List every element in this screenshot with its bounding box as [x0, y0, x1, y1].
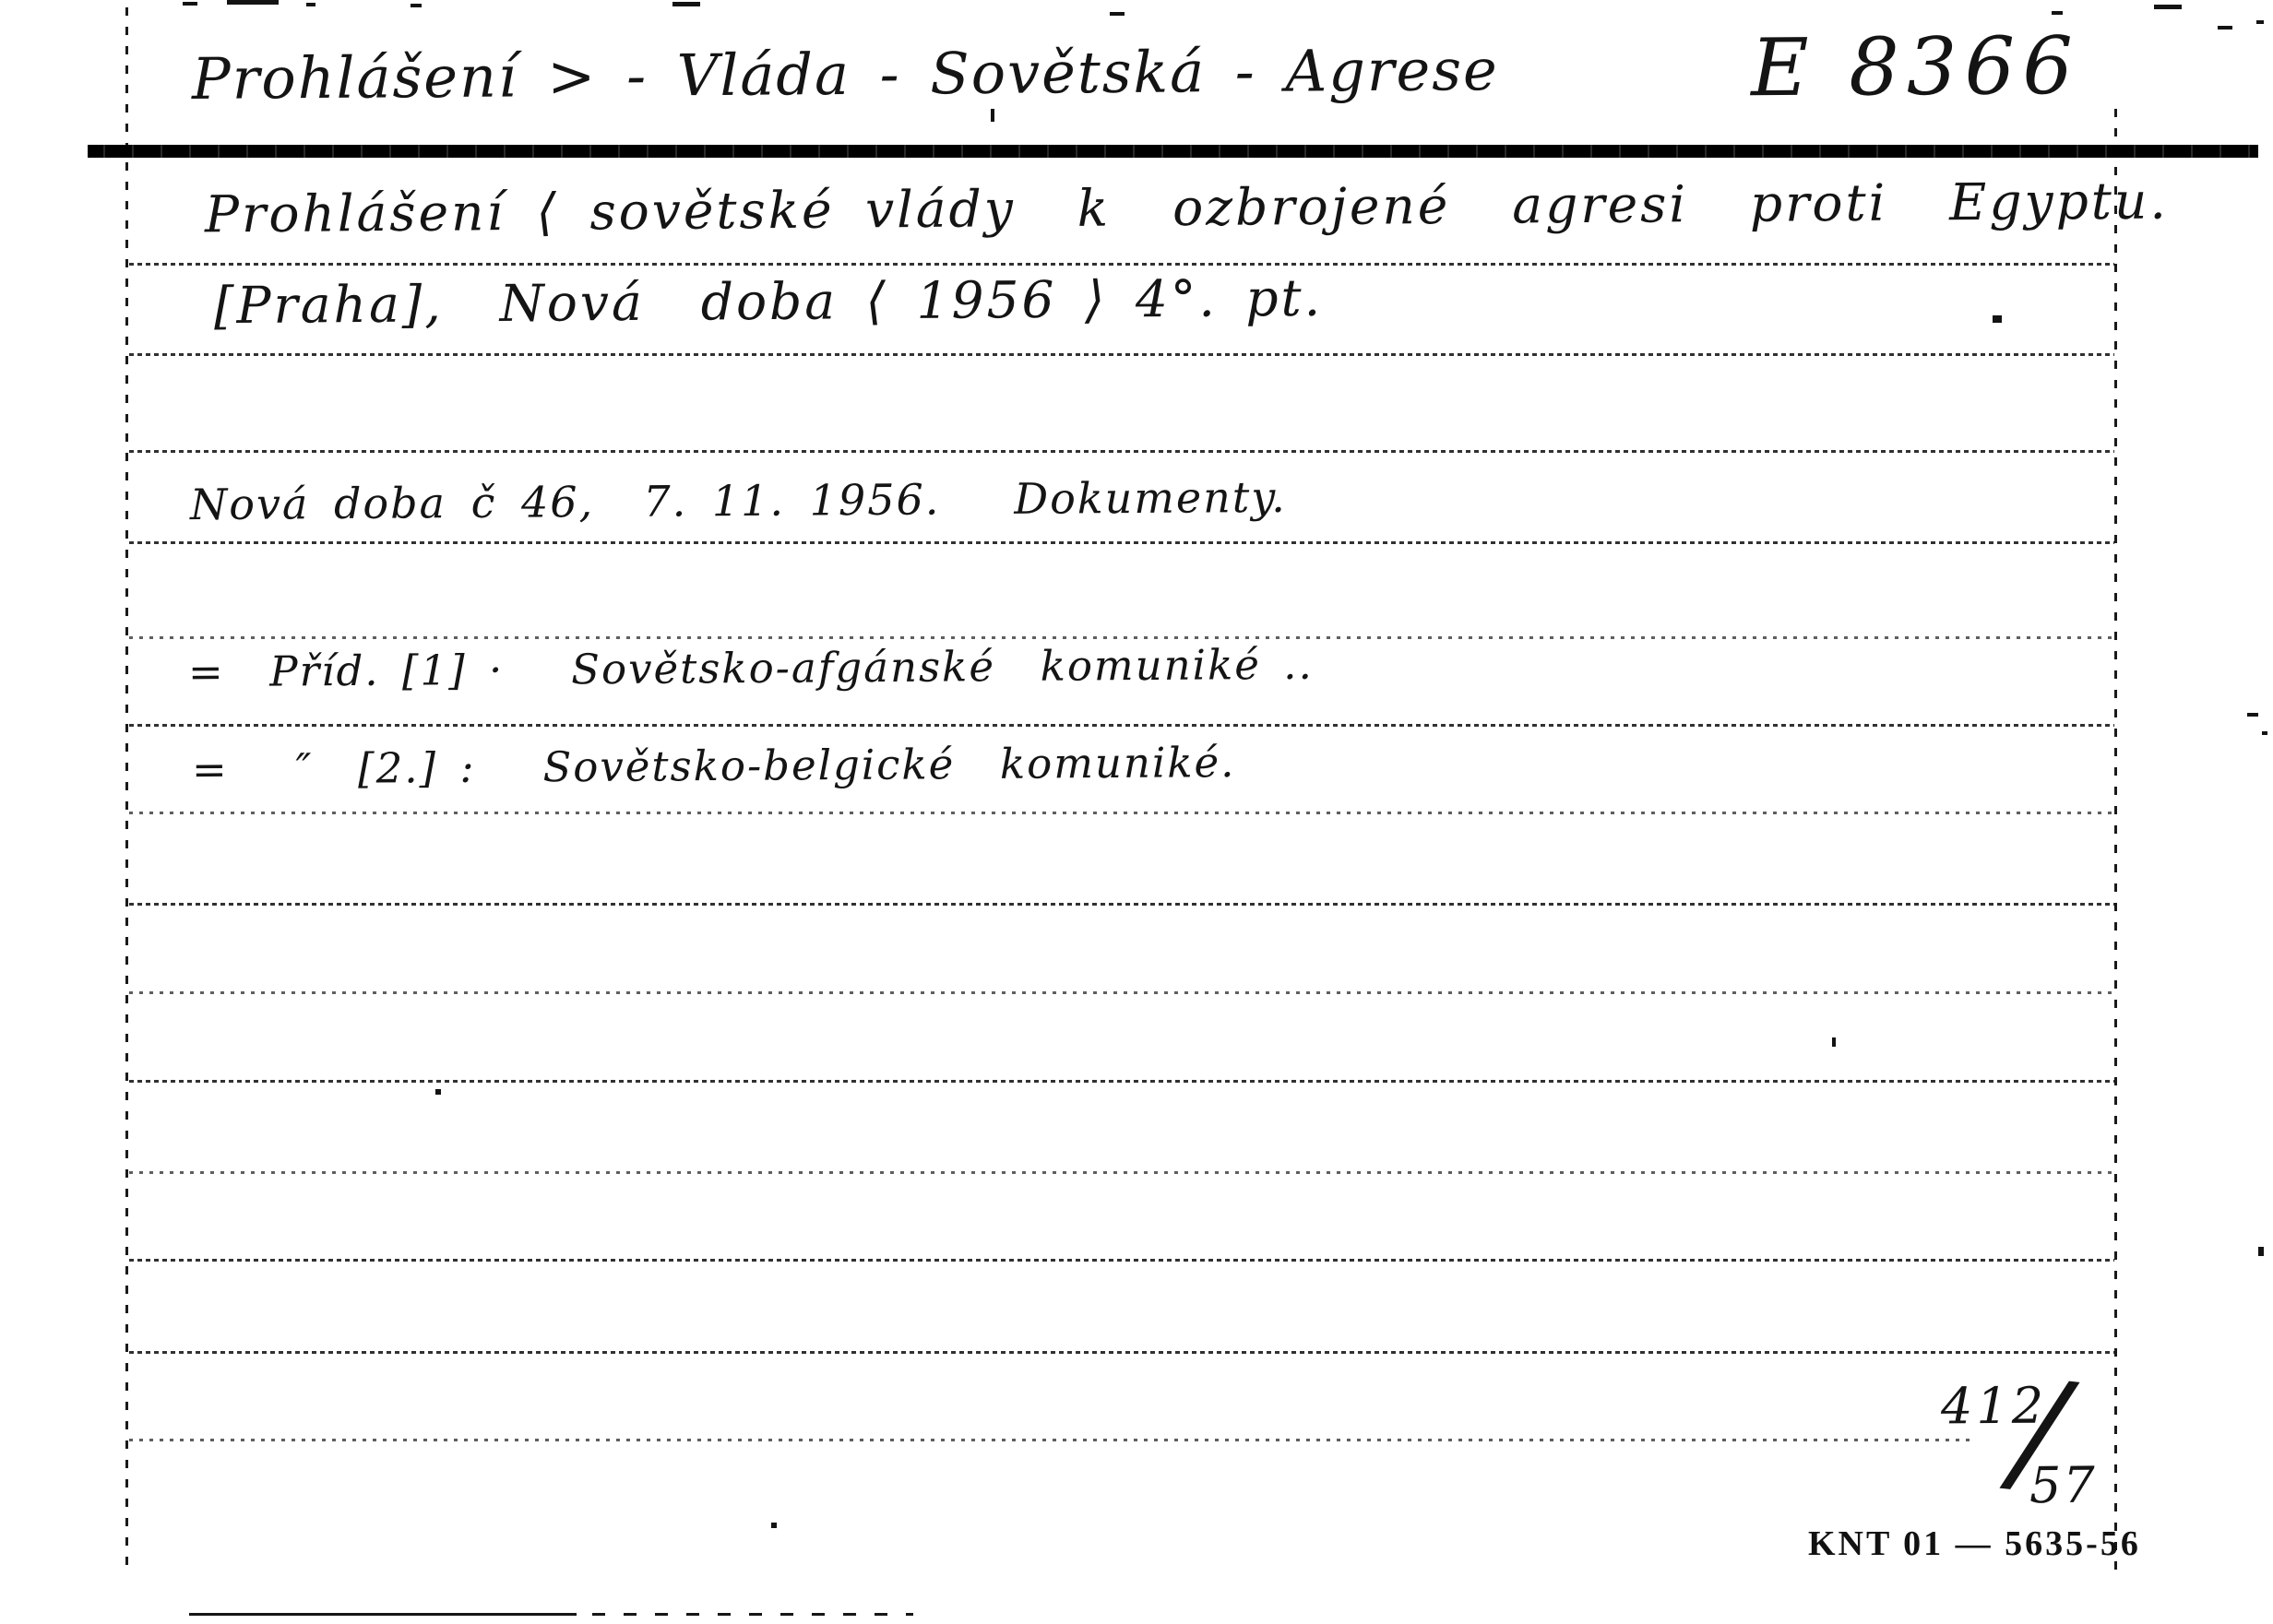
bound-with-entry-1: = Příd. [1] · Sovětsko-afgánské komuniké… [188, 644, 1314, 693]
ruled-line [129, 903, 2114, 906]
scan-noise [2052, 11, 2063, 15]
ruled-line [129, 991, 2114, 994]
ruled-line [129, 724, 2114, 727]
scan-noise [2262, 731, 2267, 735]
ruled-line [129, 1351, 2114, 1354]
title-line-2: [Praha], Nová doba ⟨ 1956 ⟩ 4°. pt. [214, 273, 1323, 331]
call-number: E 8366 [1751, 27, 2081, 108]
scan-noise [1110, 12, 1125, 16]
accession-number-denominator: 57 [2029, 1461, 2097, 1511]
scan-noise [1993, 315, 2002, 323]
ruled-line [129, 1171, 2114, 1174]
left-margin-line [125, 7, 128, 1568]
ruled-line [129, 812, 2114, 814]
scan-noise [2258, 1247, 2264, 1256]
scan-noise [672, 2, 700, 6]
ruled-line [129, 541, 2114, 544]
ruled-line [129, 636, 2114, 639]
scan-noise [771, 1523, 777, 1528]
scan-noise [2154, 5, 2182, 9]
right-margin-line [2114, 109, 2117, 1575]
ruled-line [129, 263, 2114, 266]
scan-noise [435, 1089, 441, 1095]
scan-noise [2256, 20, 2264, 24]
source-note: Nová doba č 46, 7. 11. 1956. Dokumenty. [190, 476, 1287, 526]
bottom-edge-dashes [592, 1613, 913, 1616]
bound-with-entry-2: = ″ [2.] : Sovětsko-belgické komuniké. [192, 741, 1236, 790]
scan-noise [2218, 26, 2232, 30]
ruled-line [129, 353, 2114, 356]
bottom-edge-line [189, 1613, 577, 1616]
scan-noise [1832, 1037, 1836, 1047]
ruled-line [129, 1259, 2114, 1262]
scan-noise [991, 109, 994, 122]
scan-noise [2247, 713, 2258, 717]
title-line-1: Prohlášení ⟨ sovětské vlády k ozbrojené … [205, 176, 2169, 241]
ruled-line [129, 1439, 1974, 1441]
scan-noise [227, 0, 279, 5]
ruled-line [129, 1080, 2114, 1083]
scan-noise [183, 2, 197, 6]
print-code: KNT 01 — 5635-56 [1808, 1523, 2141, 1564]
scan-noise [306, 3, 315, 6]
ruled-line [129, 450, 2114, 453]
scan-noise [411, 4, 422, 7]
subject-heading: Prohlášení > - Vláda - Sovětská - Agrese [192, 41, 1499, 108]
header-separator-bar [88, 145, 2258, 158]
catalog-card: Prohlášení > - Vláda - Sovětská - Agrese… [0, 0, 2273, 1624]
